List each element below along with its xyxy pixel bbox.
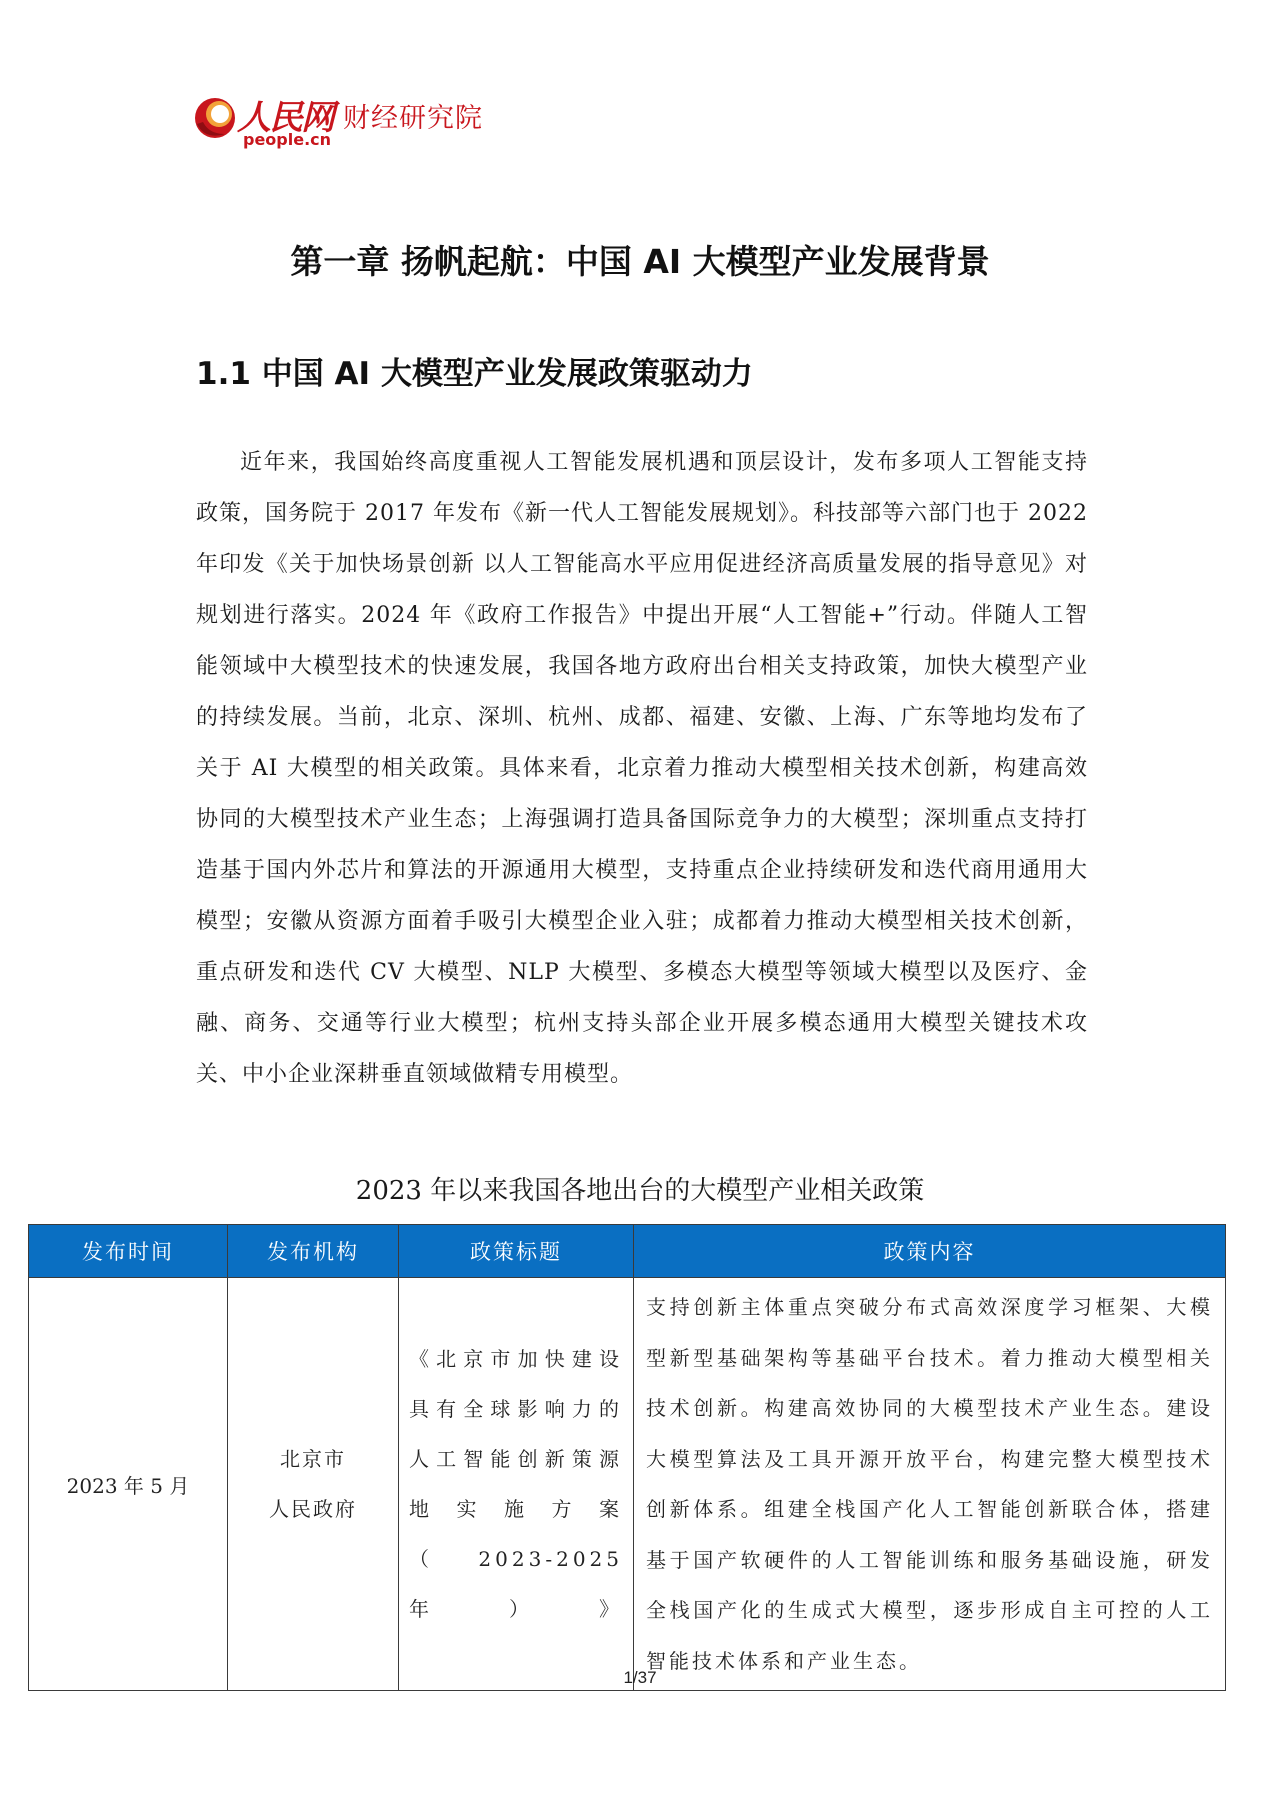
cell-policy-content: 支持创新主体重点突破分布式高效深度学习框架、大模型新型基础架构等基础平台技术。着…: [634, 1278, 1226, 1691]
chapter-title: 第一章 扬帆起航：中国 AI 大模型产业发展背景: [0, 236, 1280, 283]
logo-institute-text: 财经研究院: [343, 96, 483, 135]
cell-date: 2023 年 5 月: [29, 1278, 228, 1691]
table-caption: 2023 年以来我国各地出台的大模型产业相关政策: [0, 1170, 1280, 1207]
body-paragraph: 近年来，我国始终高度重视人工智能发展机遇和顶层设计，发布多项人工智能支持政策，国…: [196, 437, 1088, 1100]
people-cn-logo: 人民网 people.cn 财经研究院: [193, 90, 513, 150]
section-title: 1.1 中国 AI 大模型产业发展政策驱动力: [196, 348, 753, 393]
policy-table: 发布时间 发布机构 政策标题 政策内容 2023 年 5 月 北京市 人民政府 …: [28, 1224, 1226, 1691]
logo-site-text: people.cn: [243, 130, 331, 149]
table-header-row: 发布时间 发布机构 政策标题 政策内容: [29, 1225, 1226, 1278]
people-swirl-logo-icon: [193, 96, 237, 140]
column-header-title: 政策标题: [399, 1225, 634, 1278]
org-line-1: 北京市: [229, 1434, 397, 1484]
column-header-content: 政策内容: [634, 1225, 1226, 1278]
column-header-date: 发布时间: [29, 1225, 228, 1278]
cell-org: 北京市 人民政府: [228, 1278, 399, 1691]
org-line-2: 人民政府: [229, 1484, 397, 1534]
column-header-org: 发布机构: [228, 1225, 399, 1278]
table-row: 2023 年 5 月 北京市 人民政府 《北京市加快建设具有全球影响力的人工智能…: [29, 1278, 1226, 1691]
page-number: 1/37: [0, 1668, 1280, 1688]
cell-policy-title: 《北京市加快建设具有全球影响力的人工智能创新策源地实施方案（2023-2025 …: [399, 1278, 634, 1691]
